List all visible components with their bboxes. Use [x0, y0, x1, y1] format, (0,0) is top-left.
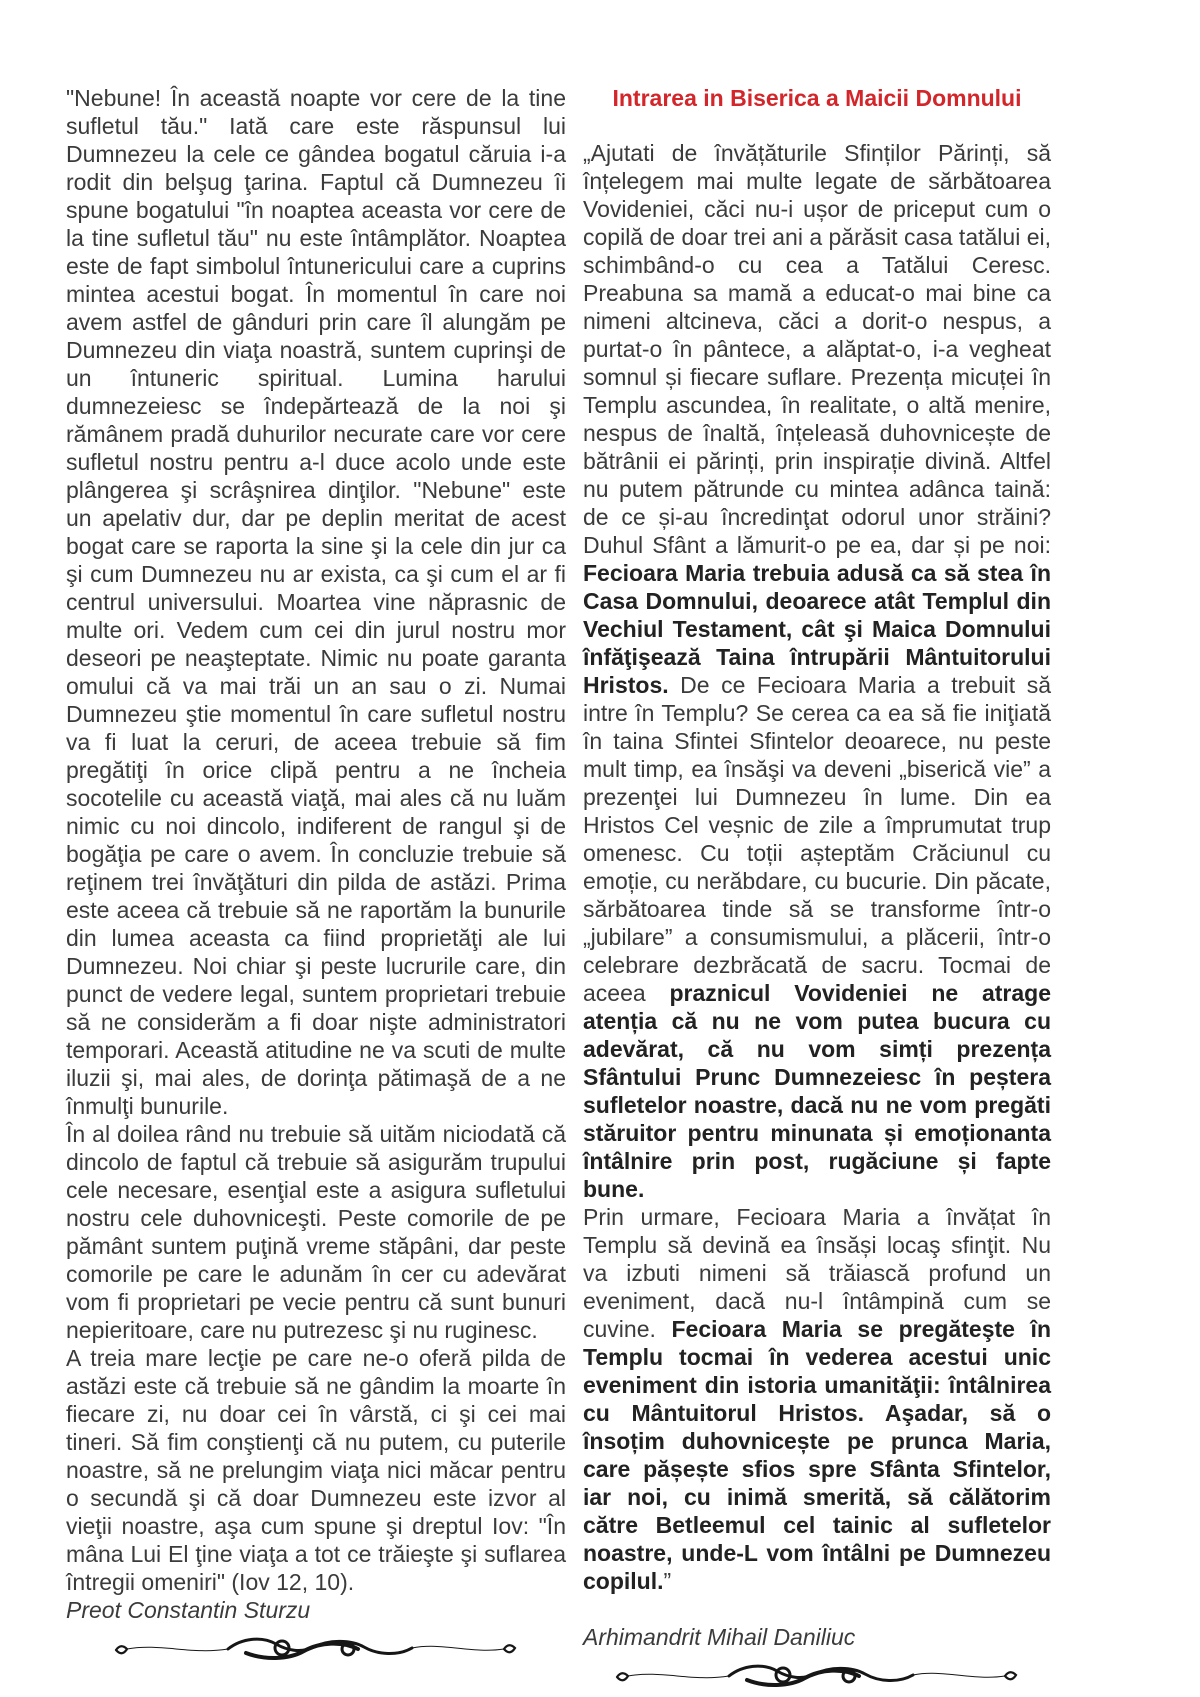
left-column: "Nebune! În această noapte vor cere de l…: [66, 84, 566, 1666]
left-signature: Preot Constantin Sturzu: [66, 1596, 566, 1624]
paragraph: Prin urmare, Fecioara Maria a învățat în…: [583, 1203, 1051, 1595]
flourish-divider-icon: [106, 1630, 526, 1666]
paragraph: În al doilea rând nu trebuie să uităm ni…: [66, 1120, 566, 1344]
text-run: În al doilea rând nu trebuie să uităm ni…: [66, 1121, 566, 1343]
text-run: De ce Fecioara Maria a trebuit să intre …: [583, 672, 1051, 1006]
bold-text-run: Fecioara Maria se pregăteşte în Templu t…: [583, 1316, 1051, 1594]
article-title: Intrarea in Biserica a Maicii Domnului: [583, 84, 1051, 112]
right-column-body: „Ajutati de învățăturile Sfinților Părin…: [583, 139, 1051, 1595]
paragraph: "Nebune! În această noapte vor cere de l…: [66, 84, 566, 1120]
flourish-divider-icon: [607, 1657, 1027, 1693]
left-column-body: "Nebune! În această noapte vor cere de l…: [66, 84, 566, 1596]
paragraph: „Ajutati de învățăturile Sfinților Părin…: [583, 139, 1051, 1203]
right-column: Intrarea in Biserica a Maicii Domnului „…: [583, 84, 1051, 1693]
text-run: ”: [664, 1568, 672, 1594]
text-run: „Ajutati de învățăturile Sfinților Părin…: [583, 140, 1051, 558]
text-run: A treia mare lecţie pe care ne-o oferă p…: [66, 1345, 566, 1595]
text-run: "Nebune! În această noapte vor cere de l…: [66, 85, 566, 1119]
right-signature: Arhimandrit Mihail Daniliuc: [583, 1623, 1051, 1651]
paragraph: A treia mare lecţie pe care ne-o oferă p…: [66, 1344, 566, 1596]
document-page: "Nebune! În această noapte vor cere de l…: [0, 0, 1200, 1697]
bold-text-run: praznicul Vovideniei ne atrage atenția c…: [583, 980, 1051, 1202]
